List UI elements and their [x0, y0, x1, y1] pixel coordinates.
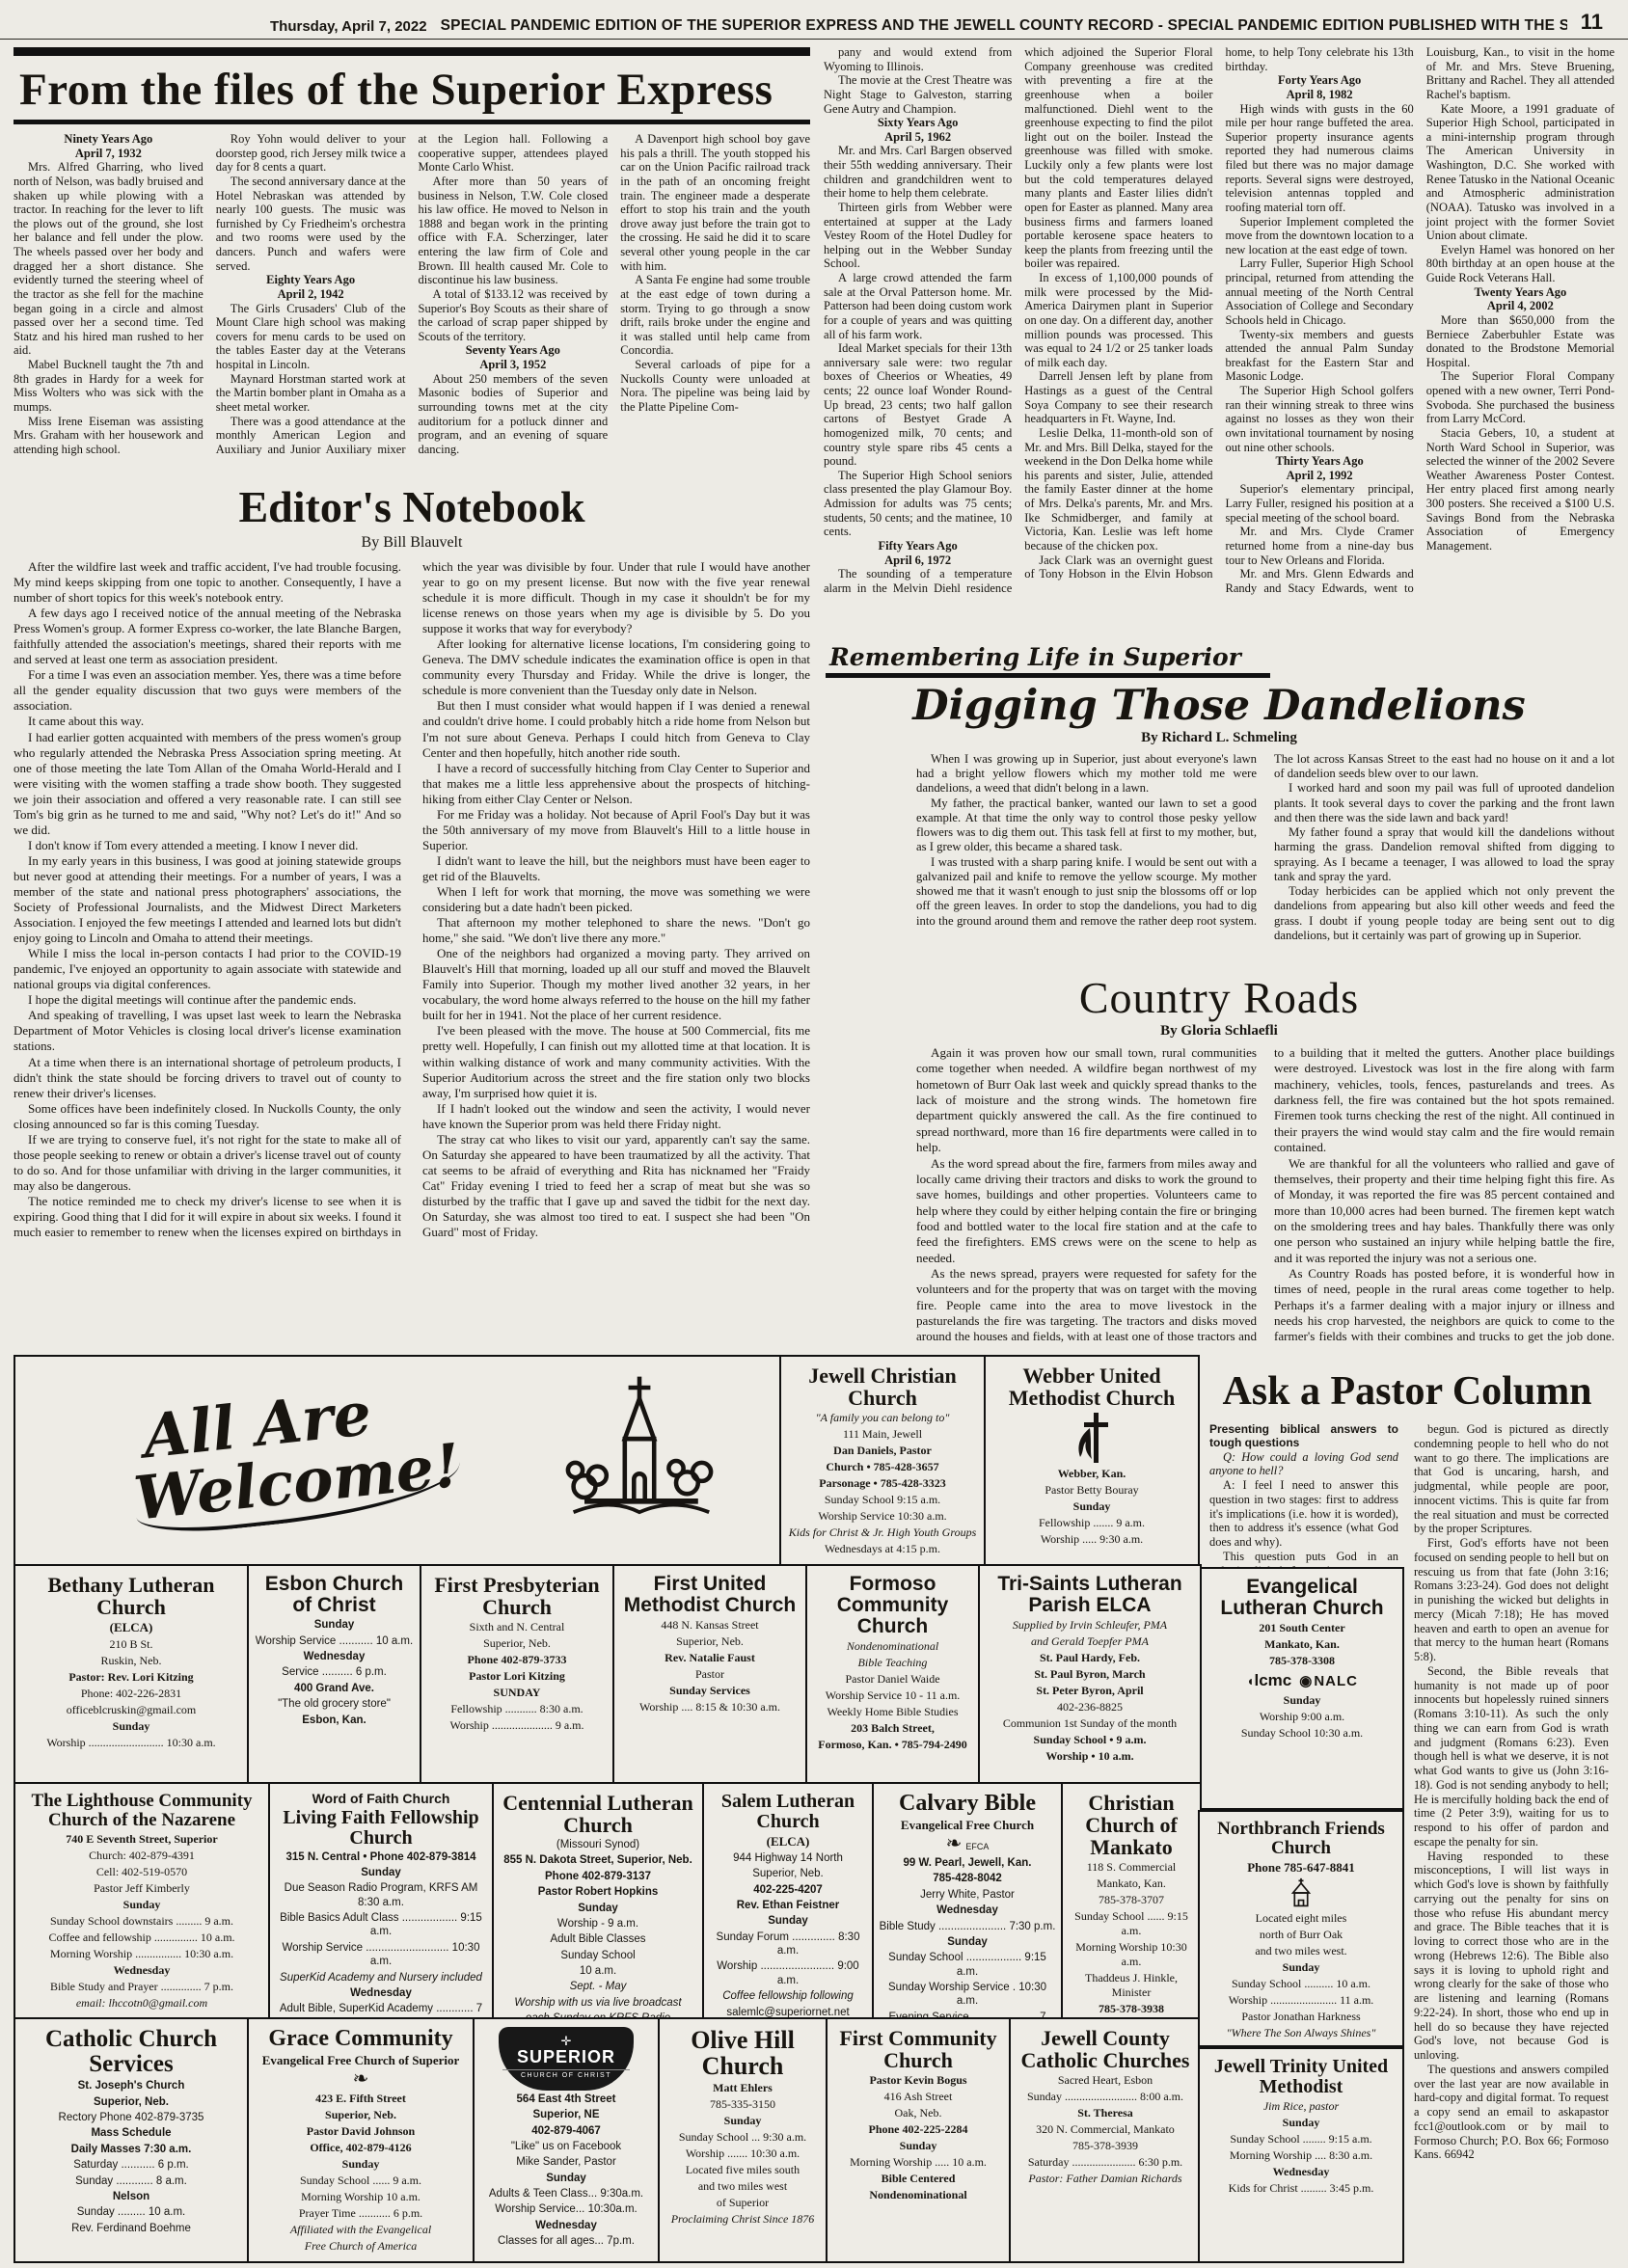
ad-title: First United Methodist Church	[618, 1574, 801, 1616]
church-ads-row-3: The Lighthouse Community Church of the N…	[14, 1782, 1202, 2019]
ad-title: First Presbyterian Church	[425, 1574, 609, 1618]
ad-title: The Lighthouse Community Church of the N…	[19, 1792, 264, 1830]
digging-dandelions-article: Remembering Life in Superior Digging Tho…	[824, 643, 1614, 958]
ad-evangelical-lutheran: Evangelical Lutheran Church 201 South Ce…	[1200, 1567, 1404, 1810]
lcmc-logo-icon: lcmc	[1246, 1671, 1291, 1690]
ad-lines: 944 Highway 14 NorthSuperior, Neb.402-22…	[708, 1851, 868, 2019]
ad-title: Evangelical Lutheran Church	[1206, 1577, 1398, 1619]
welcome-script-text: All Are Welcome!	[58, 1374, 464, 1546]
ad-title: Grace Community	[253, 2027, 469, 2051]
ad-lines: Sacred Heart, EsbonSunday ..............…	[1015, 2073, 1196, 2186]
remembering-kicker: Remembering Life in Superior	[826, 643, 1270, 678]
ad-title: Formoso Community Church	[811, 1574, 974, 1637]
ad-calvary-bible: Calvary Bible Evangelical Free Church ❧ …	[872, 1782, 1063, 2019]
top-articles-grid: From the files of the Superior Express N…	[0, 40, 1628, 1347]
ad-bethany-lutheran: Bethany Lutheran Church (ELCA) 210 B St.…	[14, 1564, 249, 1784]
ad-title: Word of Faith Church	[274, 1792, 488, 1806]
badge-line2: CHURCH OF CHRIST	[502, 2069, 630, 2079]
ad-lines: 423 E. Fifth StreetSuperior, Neb.Pastor …	[253, 2092, 469, 2254]
superior-coc-badge: ✛ SUPERIOR CHURCH OF CHRIST	[499, 2027, 634, 2091]
ad-first-community-church: First Community Church Pastor Kevin Bogu…	[826, 2017, 1011, 2263]
ad-webber-united-methodist: Webber United Methodist Church Webber, K…	[984, 1355, 1200, 1566]
ask-a-pastor-zone: Ask a Pastor Column Presenting biblical …	[1200, 1355, 1614, 2263]
ad-jewell-trinity-methodist: Jewell Trinity United Methodist Jim Rice…	[1198, 2047, 1404, 2263]
efca-logo-label: EFCA	[965, 1842, 989, 1851]
country-roads-byline: By Gloria Schlaefli	[824, 1023, 1614, 1039]
editors-notebook-body: After the wildfire last week and traffic…	[14, 559, 810, 1347]
ad-title: Centennial Lutheran Church	[498, 1792, 698, 1836]
headline-rule-bottom	[14, 120, 810, 124]
ad-subtitle: Phone 785-647-8841	[1204, 1860, 1398, 1876]
ad-catholic-church-services: Catholic Church Services St. Joseph's Ch…	[14, 2017, 249, 2263]
ad-subtitle: Evangelical Free Church of Superior	[253, 2053, 469, 2068]
ad-lines: (Missouri Synod)855 N. Dakota Street, Su…	[498, 1838, 698, 2019]
ad-lines: 210 B St.Ruskin, Neb.Pastor: Rev. Lori K…	[19, 1637, 243, 1750]
ad-lines: Matt Ehlers785-335-3150SundaySunday Scho…	[664, 2081, 822, 2227]
from-files-columns-left: Ninety Years AgoApril 7, 1932Mrs. Alfred…	[14, 132, 810, 472]
ad-first-united-methodist: First United Methodist Church 448 N. Kan…	[612, 1564, 807, 1784]
lutheran-logos: lcmc NALC	[1206, 1671, 1398, 1690]
northbranch-church-icon	[1281, 1876, 1321, 1909]
ad-northbranch-friends: Northbranch Friends Church Phone 785-647…	[1198, 1810, 1404, 2047]
country-roads-article: Country Roads By Gloria Schlaefli Again …	[824, 972, 1614, 1347]
ad-lines: Supplied by Irvin Schleufer, PMAand Gera…	[984, 1618, 1196, 1764]
ad-subtitle: (ELCA)	[19, 1620, 243, 1635]
from-files-columns-right: pany and would extend from Wyoming to Il…	[824, 45, 1614, 632]
masthead-date: Thursday, April 7, 2022	[39, 18, 427, 35]
ad-title: Jewell Trinity United Methodist	[1204, 2057, 1398, 2097]
editors-notebook-article: Editor's Notebook By Bill Blauvelt After…	[14, 481, 810, 1347]
ad-title: Calvary Bible	[878, 1792, 1057, 1816]
church-ads-left-zone: All Are Welcome!	[14, 1355, 1202, 2263]
ask-a-pastor-col1: Presenting biblical answers to tough que…	[1200, 1420, 1404, 1567]
church-ads-row-2: Bethany Lutheran Church (ELCA) 210 B St.…	[14, 1564, 1202, 1784]
ad-lines: St. Joseph's ChurchSuperior, Neb.Rectory…	[19, 2079, 243, 2235]
digging-byline: By Richard L. Schmeling	[824, 730, 1614, 746]
ad-title-2: Living Faith Fellowship Church	[274, 1808, 488, 1849]
ask-a-pastor-col2: begun. God is pictured as directly conde…	[1404, 1420, 1614, 2263]
ad-jewell-county-catholic: Jewell County Catholic Churches Sacred H…	[1009, 2017, 1202, 2263]
ad-title: Tri-Saints Lutheran Parish ELCA	[984, 1574, 1196, 1616]
ad-esbon-church-of-christ: Esbon Church of Christ SundayWorship Ser…	[247, 1564, 421, 1784]
grace-leaf-icon: ❧	[353, 2068, 369, 2090]
ad-title: Olive Hill Church	[664, 2027, 822, 2080]
efca-logo-icon: ❧	[946, 1833, 963, 1854]
ad-lines: Pastor Kevin Bogus416 Ash StreetOak, Neb…	[831, 2073, 1005, 2202]
ad-lines: Sixth and N. CentralSuperior, Neb.Phone …	[425, 1620, 609, 1733]
page-number: 11	[1581, 10, 1603, 35]
ad-lines: 448 N. Kansas StreetSuperior, Neb.Rev. N…	[618, 1618, 801, 1714]
church-ads-row-4: Catholic Church Services St. Joseph's Ch…	[14, 2017, 1202, 2263]
ad-lines: 315 N. Central • Phone 402-879-3814Sunda…	[274, 1850, 488, 2019]
ad-lines: "A family you can belong to"111 Main, Je…	[785, 1411, 980, 1556]
digging-body: When I was growing up in Superior, just …	[824, 752, 1614, 958]
ad-lines: 740 E Seventh Street, SuperiorChurch: 40…	[19, 1832, 264, 2011]
ad-title: Catholic Church Services	[19, 2027, 243, 2078]
ad-subtitle: (ELCA)	[708, 1834, 868, 1849]
right-column-stack: pany and would extend from Wyoming to Il…	[824, 43, 1614, 1347]
ask-a-pastor-headline: Ask a Pastor Column	[1200, 1368, 1614, 1415]
ad-lines: Webber, Kan.Pastor Betty BouraySundayFel…	[990, 1467, 1194, 1547]
ad-title: Bethany Lutheran Church	[19, 1574, 243, 1618]
ad-lines: Jim Rice, pastorSundaySunday School ....…	[1204, 2099, 1398, 2196]
ad-title: Salem Lutheran Church	[708, 1792, 868, 1832]
ad-tri-saints-lutheran: Tri-Saints Lutheran Parish ELCA Supplied…	[978, 1564, 1202, 1784]
ad-first-presbyterian: First Presbyterian Church Sixth and N. C…	[420, 1564, 614, 1784]
digging-headline: Digging Those Dandelions	[824, 682, 1614, 730]
ad-lighthouse-nazarene: The Lighthouse Community Church of the N…	[14, 1782, 270, 2019]
nalc-logo-icon: NALC	[1299, 1672, 1358, 1689]
church-clipart-icon	[548, 1369, 731, 1552]
country-roads-headline: Country Roads	[824, 972, 1614, 1023]
ad-superior-church-of-christ: ✛ SUPERIOR CHURCH OF CHRIST 564 East 4th…	[473, 2017, 660, 2263]
ad-lines: 564 East 4th StreetSuperior, NE402-879-4…	[478, 2092, 654, 2249]
ad-lines: 99 W. Pearl, Jewell, Kan.785-428-8042Jer…	[878, 1856, 1057, 2019]
newspaper-page: Thursday, April 7, 2022 SPECIAL PANDEMIC…	[0, 0, 1628, 2268]
church-directory: All Are Welcome!	[14, 1355, 1614, 2263]
ad-lines: 118 S. CommercialMankato, Kan.785-378-37…	[1067, 1860, 1196, 2016]
ad-title: First Community Church	[831, 2027, 1005, 2071]
badge-line1: SUPERIOR	[502, 2047, 630, 2067]
ad-lines-2: SundayWorship 9:00 a.m.Sunday School 10:…	[1206, 1693, 1398, 1741]
ad-title: Northbranch Friends Church	[1204, 1820, 1398, 1858]
ad-lines: NondenominationalBible TeachingPastor Da…	[811, 1639, 974, 1752]
ad-grace-community: Grace Community Evangelical Free Church …	[247, 2017, 475, 2263]
all-are-welcome-banner: All Are Welcome!	[14, 1355, 781, 1566]
ad-title: Jewell County Catholic Churches	[1015, 2027, 1196, 2071]
editors-notebook-headline: Editor's Notebook	[14, 481, 810, 532]
ad-title: Webber United Methodist Church	[990, 1364, 1194, 1409]
headline-rule-top	[14, 47, 810, 56]
ad-living-faith-fellowship: Word of Faith Church Living Faith Fellow…	[268, 1782, 494, 2019]
ad-olive-hill-church: Olive Hill Church Matt Ehlers785-335-315…	[658, 2017, 828, 2263]
country-roads-body: Again it was proven how our small town, …	[824, 1045, 1614, 1347]
ask-a-pastor-body: Presenting biblical answers to tough que…	[1200, 1420, 1614, 2263]
masthead: Thursday, April 7, 2022 SPECIAL PANDEMIC…	[0, 0, 1628, 40]
ad-formoso-community: Formoso Community Church Nondenomination…	[805, 1564, 980, 1784]
ad-subtitle: Evangelical Free Church	[878, 1818, 1057, 1833]
ad-centennial-lutheran: Centennial Lutheran Church (Missouri Syn…	[492, 1782, 704, 2019]
ad-title: Jewell Christian Church	[785, 1364, 980, 1409]
ad-lines: SundayWorship Service ........... 10 a.m…	[253, 1618, 416, 1727]
ad-christian-church-mankato: Christian Church of Mankato 118 S. Comme…	[1061, 1782, 1202, 2019]
from-files-headline: From the files of the Superior Express	[19, 64, 810, 116]
ad-lines: Located eight milesnorth of Burr Oakand …	[1204, 1911, 1398, 2040]
cross-icon: ✛	[502, 2035, 630, 2047]
methodist-cross-flame-icon	[1071, 1411, 1113, 1465]
ad-salem-lutheran: Salem Lutheran Church (ELCA) 944 Highway…	[702, 1782, 874, 2019]
editors-notebook-byline: By Bill Blauvelt	[14, 534, 810, 552]
ask-left-subcolumn: Presenting biblical answers to tough que…	[1200, 1420, 1404, 2263]
ad-jewell-christian-church: Jewell Christian Church "A family you ca…	[779, 1355, 986, 1566]
church-ads-row-1: All Are Welcome!	[14, 1355, 1202, 1566]
ad-title: Esbon Church of Christ	[253, 1574, 416, 1616]
masthead-edition: SPECIAL PANDEMIC EDITION OF THE SUPERIOR…	[441, 17, 1567, 35]
left-column-stack: From the files of the Superior Express N…	[14, 43, 810, 1347]
ad-title: Christian Church of Mankato	[1067, 1792, 1196, 1858]
ad-lines: 201 South CenterMankato, Kan.785-378-330…	[1206, 1621, 1398, 1668]
